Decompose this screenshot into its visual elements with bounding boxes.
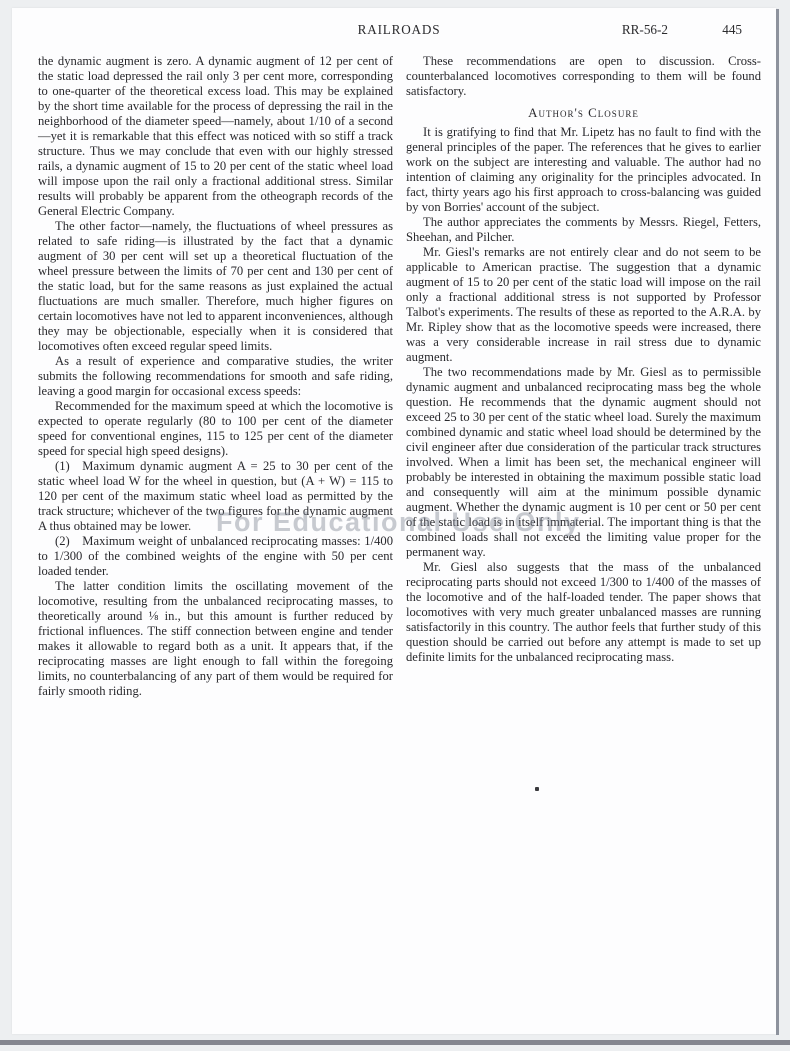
scan-bottom-edge-bar	[0, 1040, 790, 1045]
scan-artifact-dot	[535, 787, 539, 791]
report-number: RR-56-2	[622, 22, 668, 38]
page-header: RAILROADS RR-56-2 445	[38, 22, 760, 40]
right-column: These recommendations are open to discus…	[406, 54, 761, 699]
paragraph: Recommended for the maximum speed at whi…	[38, 399, 393, 459]
left-column: the dynamic augment is zero. A dynamic a…	[38, 54, 393, 699]
paragraph: The two recommendations made by Mr. Gies…	[406, 365, 761, 560]
paragraph: The other factor—namely, the fluctuation…	[38, 219, 393, 354]
paragraph: Mr. Giesl also suggests that the mass of…	[406, 560, 761, 665]
paragraph: (2) Maximum weight of unbalanced recipro…	[38, 534, 393, 579]
paragraph: The latter condition limits the oscillat…	[38, 579, 393, 699]
paragraph: These recommendations are open to discus…	[406, 54, 761, 99]
page-right-edge-shadow	[776, 9, 779, 1035]
paragraph: Mr. Giesl's remarks are not entirely cle…	[406, 245, 761, 365]
paragraph: (1) Maximum dynamic augment A = 25 to 30…	[38, 459, 393, 534]
scanned-page-background: RAILROADS RR-56-2 445 the dynamic augmen…	[0, 0, 790, 1051]
paragraph: As a result of experience and comparativ…	[38, 354, 393, 399]
paragraph: the dynamic augment is zero. A dynamic a…	[38, 54, 393, 219]
page-number: 445	[722, 22, 742, 38]
section-heading: Author's Closure	[406, 105, 761, 120]
paragraph: The author appreciates the comments by M…	[406, 215, 761, 245]
two-column-body: the dynamic augment is zero. A dynamic a…	[38, 54, 762, 699]
document-page: RAILROADS RR-56-2 445 the dynamic augmen…	[12, 8, 776, 1034]
paragraph: It is gratifying to find that Mr. Lipetz…	[406, 125, 761, 215]
